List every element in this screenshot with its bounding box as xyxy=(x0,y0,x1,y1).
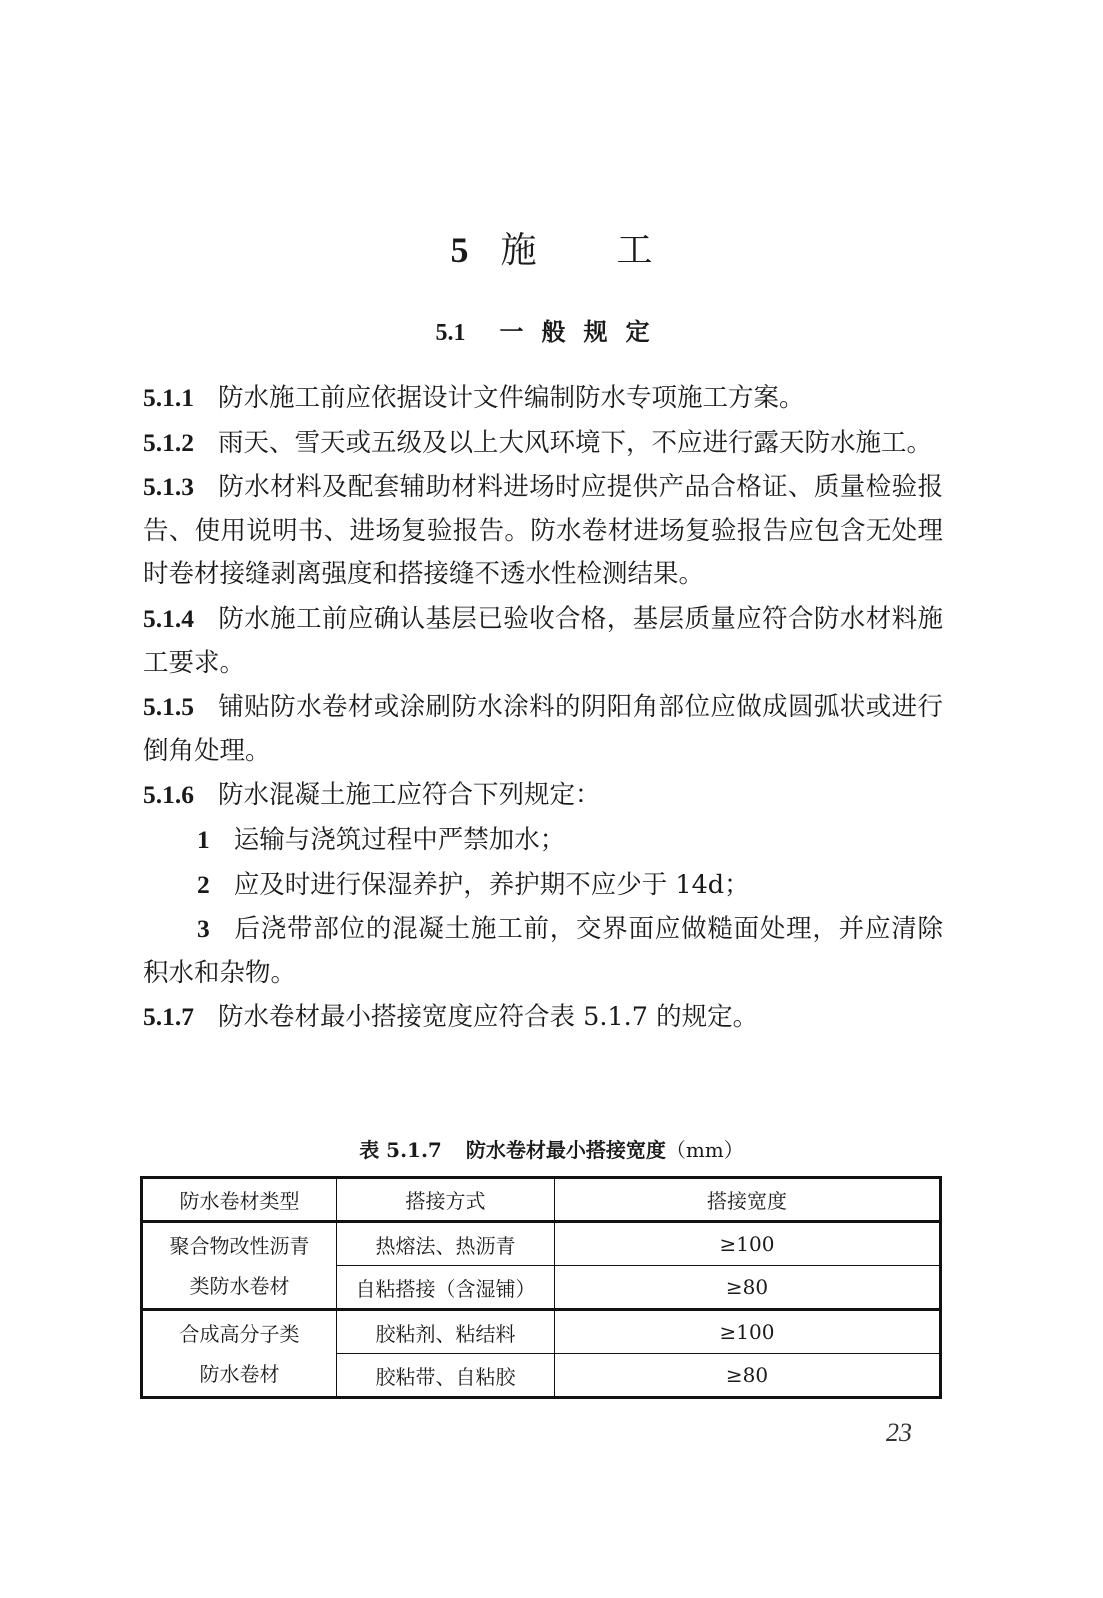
clause-5-1-4: 5.1.4防水施工前应确认基层已验收合格，基层质量应符合防水材料施工要求。 xyxy=(143,597,943,685)
cell-lap-method: 胶粘剂、粘结料 xyxy=(337,1310,555,1354)
clause-item-3: 3后浇带部位的混凝土施工前，交界面应做糙面处理，并应清除积水和杂物。 xyxy=(143,907,943,995)
cell-membrane-type: 聚合物改性沥青 类防水卷材 xyxy=(142,1222,337,1310)
table-caption-unit: （mm） xyxy=(666,1138,744,1162)
clause-5-1-3: 5.1.3防水材料及配套辅助材料进场时应提供产品合格证、质量检验报告、使用说明书… xyxy=(143,465,943,597)
clause-item-1: 1运输与浇筑过程中严禁加水； xyxy=(143,818,943,863)
clause-5-1-1: 5.1.1防水施工前应依据设计文件编制防水专项施工方案。 xyxy=(143,376,943,421)
chapter-title: 5施工 xyxy=(0,222,1103,273)
clause-5-1-2: 5.1.2雨天、雪天或五级及以上大风环境下，不应进行露天防水施工。 xyxy=(143,421,943,466)
header-lap-width: 搭接宽度 xyxy=(555,1178,941,1222)
clause-number: 5.1.4 xyxy=(143,604,194,633)
clause-text: 防水施工前应依据设计文件编制防水专项施工方案。 xyxy=(218,383,805,413)
section-name: 一般规定 xyxy=(500,317,668,346)
type-line-1: 聚合物改性沥青 xyxy=(143,1226,336,1266)
clause-text: 防水施工前应确认基层已验收合格，基层质量应符合防水材料施工要求。 xyxy=(143,604,943,678)
table-caption-label: 表 5.1.7 xyxy=(359,1138,442,1162)
chapter-number: 5 xyxy=(450,230,470,270)
clause-5-1-6: 5.1.6防水混凝土施工应符合下列规定： xyxy=(143,773,943,818)
cell-lap-width: ≥80 xyxy=(555,1266,941,1310)
item-text: 后浇带部位的混凝土施工前，交界面应做糙面处理，并应清除积水和杂物。 xyxy=(143,914,943,988)
clause-text: 防水材料及配套辅助材料进场时应提供产品合格证、质量检验报告、使用说明书、进场复验… xyxy=(143,472,943,589)
clause-text: 铺贴防水卷材或涂刷防水涂料的阴阳角部位应做成圆弧状或进行倒角处理。 xyxy=(143,692,943,766)
item-text: 运输与浇筑过程中严禁加水； xyxy=(234,825,566,855)
clause-number: 5.1.1 xyxy=(143,383,194,412)
item-number: 3 xyxy=(197,914,210,943)
chapter-name: 施工 xyxy=(500,230,732,271)
table-caption: 表 5.1.7防水卷材最小搭接宽度（mm） xyxy=(0,1134,1103,1163)
cell-lap-width: ≥100 xyxy=(555,1222,941,1266)
clauses-body: 5.1.1防水施工前应依据设计文件编制防水专项施工方案。 5.1.2雨天、雪天或… xyxy=(143,376,943,1040)
header-lap-method: 搭接方式 xyxy=(337,1178,555,1222)
type-line-1: 合成高分子类 xyxy=(143,1314,336,1354)
cell-lap-method: 热熔法、热沥青 xyxy=(337,1222,555,1266)
clause-number: 5.1.6 xyxy=(143,780,194,809)
clause-5-1-5: 5.1.5铺贴防水卷材或涂刷防水涂料的阴阳角部位应做成圆弧状或进行倒角处理。 xyxy=(143,685,943,773)
clause-text: 防水卷材最小搭接宽度应符合表 5.1.7 的规定。 xyxy=(218,1002,758,1032)
cell-lap-width: ≥100 xyxy=(555,1310,941,1354)
table-header-row: 防水卷材类型 搭接方式 搭接宽度 xyxy=(142,1178,941,1222)
cell-lap-width: ≥80 xyxy=(555,1354,941,1398)
item-number: 2 xyxy=(197,870,210,899)
clause-number: 5.1.2 xyxy=(143,428,194,457)
table-row: 合成高分子类 防水卷材 胶粘剂、粘结料 ≥100 xyxy=(142,1310,941,1354)
type-line-2: 防水卷材 xyxy=(143,1354,336,1394)
section-title: 5.1一般规定 xyxy=(0,312,1103,347)
clause-number: 5.1.3 xyxy=(143,472,194,501)
clause-number: 5.1.5 xyxy=(143,692,194,721)
cell-membrane-type: 合成高分子类 防水卷材 xyxy=(142,1310,337,1398)
cell-lap-method: 胶粘带、自粘胶 xyxy=(337,1354,555,1398)
header-membrane-type: 防水卷材类型 xyxy=(142,1178,337,1222)
type-line-2: 类防水卷材 xyxy=(143,1266,336,1306)
clause-number: 5.1.7 xyxy=(143,1002,194,1031)
item-number: 1 xyxy=(197,825,210,854)
lap-width-table: 防水卷材类型 搭接方式 搭接宽度 聚合物改性沥青 类防水卷材 热熔法、热沥青 ≥… xyxy=(140,1176,942,1399)
table-row: 聚合物改性沥青 类防水卷材 热熔法、热沥青 ≥100 xyxy=(142,1222,941,1266)
table-caption-title: 防水卷材最小搭接宽度 xyxy=(466,1138,666,1162)
clause-text: 防水混凝土施工应符合下列规定： xyxy=(218,780,601,810)
item-text: 应及时进行保湿养护，养护期不应少于 14d； xyxy=(234,870,750,900)
section-number: 5.1 xyxy=(436,320,466,346)
clause-text: 雨天、雪天或五级及以上大风环境下，不应进行露天防水施工。 xyxy=(218,428,932,458)
clause-5-1-7: 5.1.7防水卷材最小搭接宽度应符合表 5.1.7 的规定。 xyxy=(143,995,943,1040)
page-number: 23 xyxy=(886,1418,912,1448)
cell-lap-method: 自粘搭接（含湿铺） xyxy=(337,1266,555,1310)
clause-item-2: 2应及时进行保湿养护，养护期不应少于 14d； xyxy=(143,863,943,908)
